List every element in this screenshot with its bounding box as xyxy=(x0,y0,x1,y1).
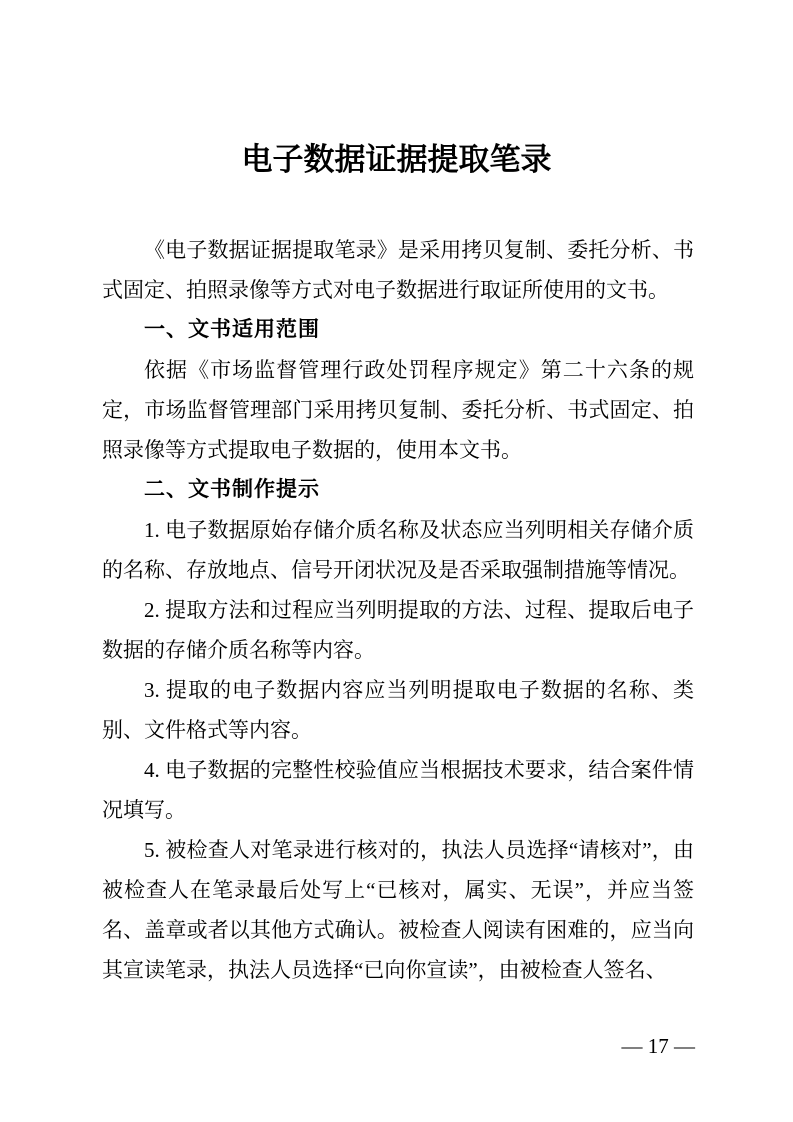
section-1-heading: 一、文书适用范围 xyxy=(102,310,694,350)
document-body: 《电子数据证据提取笔录》是采用拷贝复制、委托分析、书式固定、拍照录像等方式对电子… xyxy=(102,230,694,990)
page-number: — 17 — xyxy=(622,1034,696,1058)
note-item-2: 2. 提取方法和过程应当列明提取的方法、过程、提取后电子数据的存储介质名称等内容… xyxy=(102,590,694,670)
section-2-heading: 二、文书制作提示 xyxy=(102,470,694,510)
document-title: 电子数据证据提取笔录 xyxy=(0,140,793,180)
intro-paragraph: 《电子数据证据提取笔录》是采用拷贝复制、委托分析、书式固定、拍照录像等方式对电子… xyxy=(102,230,694,310)
section-1-body: 依据《市场监督管理行政处罚程序规定》第二十六条的规定，市场监督管理部门采用拷贝复… xyxy=(102,350,694,470)
note-item-5: 5. 被检查人对笔录进行核对的，执法人员选择“请核对”，由被检查人在笔录最后处写… xyxy=(102,830,694,990)
note-item-4: 4. 电子数据的完整性校验值应当根据技术要求，结合案件情况填写。 xyxy=(102,750,694,830)
note-item-3: 3. 提取的电子数据内容应当列明提取电子数据的名称、类别、文件格式等内容。 xyxy=(102,670,694,750)
note-item-1: 1. 电子数据原始存储介质名称及状态应当列明相关存储介质的名称、存放地点、信号开… xyxy=(102,510,694,590)
document-page: 电子数据证据提取笔录 《电子数据证据提取笔录》是采用拷贝复制、委托分析、书式固定… xyxy=(0,0,793,1122)
